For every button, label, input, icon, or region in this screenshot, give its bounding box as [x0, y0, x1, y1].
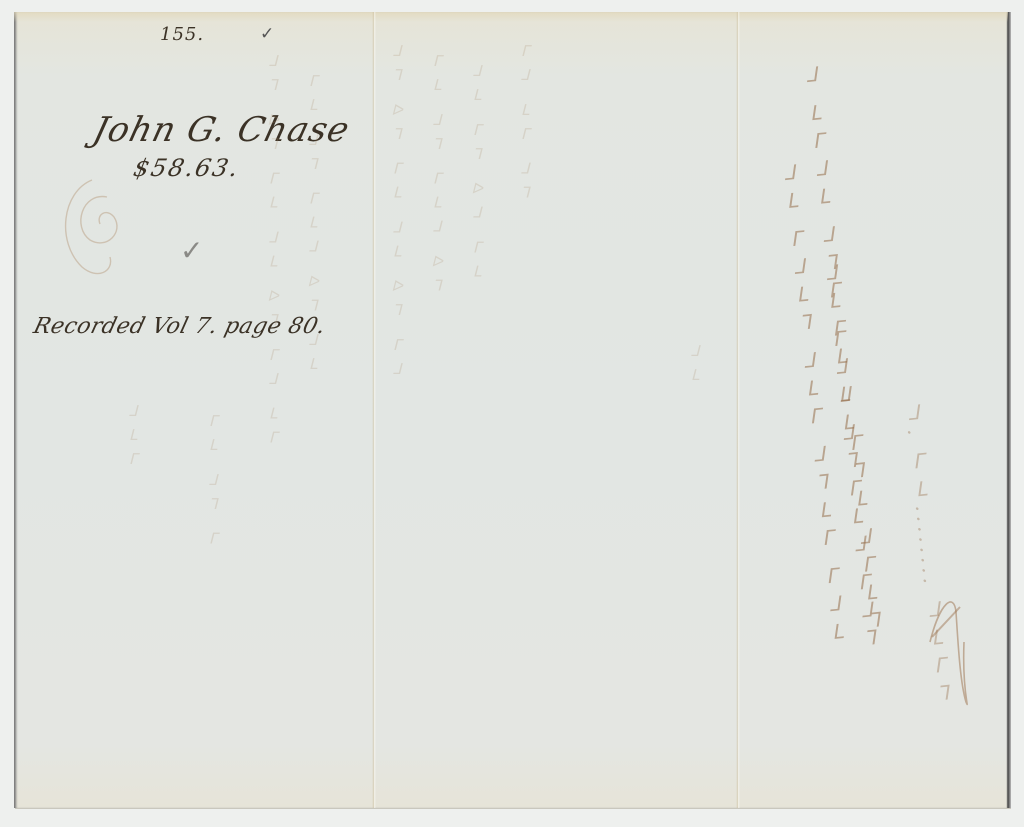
signature-flourish-icon: [920, 582, 980, 722]
docket-number: 155.: [160, 24, 204, 45]
paper-right-edge-shadow: [1008, 12, 1011, 808]
bleed-through-text: ᒥᒧ ᒪᒥ ᒧᒣ: [516, 42, 534, 682]
ink-flourish-icon: [52, 172, 132, 282]
payment-amount: $58.63.: [131, 154, 243, 182]
document-sheet: 155. ✓ John G. Chase $58.63. ✓ Recorded …: [14, 12, 1010, 808]
middle-panel: ᒧᒣ ᐅᒣ ᒥᒪ ᒧᒪ ᐅᒣ ᒥᒧ ᒥᒪ ᒧᒣ ᒥᒪᒧ ᐅᒣ ᒧᒪ ᒥᒣ ᐅᒧ …: [376, 12, 738, 808]
scan-background: 155. ✓ John G. Chase $58.63. ✓ Recorded …: [0, 0, 1024, 827]
bleed-through-text: ᒥᒪ ᒧᒣ ᒥᒪᒧ ᐅᒣ ᒧᒪ: [304, 72, 322, 772]
bleed-through-text: ᒥᒪ ᒧᒣ ᒥᒪᒧ ᐅᒣ: [428, 52, 446, 792]
bleed-through-text: ᒥᒪ ᒧᒣ ᒥ: [204, 412, 222, 712]
check-mark-icon: ✓: [260, 24, 274, 44]
bleed-through-text: ᒧᒪᒥ: [124, 402, 142, 562]
bleed-through-text: ᒧᒣ ᐅᒣ ᒥᒪ ᒧᒪ ᐅᒣ ᒥᒧ ᒪᒥ: [264, 52, 282, 752]
bleed-through-text: ᒧᒣ ᐅᒣ ᒥᒪ ᒧᒪ ᐅᒣ ᒥᒧ: [388, 42, 406, 782]
right-panel: ᒧ ᒪᒥᒧᒪ ᒧᒣᒥ ᒥᒪ ᒧᒪ ᒧᒪ ᒥᒧᒪᒣ ᒧᒪᒥ ᒧᒣᒪᒥ ᒥᒧᒪ ᒧᒪ…: [740, 12, 1008, 808]
check-mark-icon: ✓: [180, 234, 203, 267]
left-panel: 155. ✓ John G. Chase $58.63. ✓ Recorded …: [14, 12, 374, 808]
recorded-volume-note: Recorded Vol 7. page 80.: [31, 314, 328, 339]
bleed-through-text: ᒧᒪ: [686, 342, 704, 582]
bleed-through-text: ᒧᒪ ᒥᒣ ᐅᒧ ᒥᒪ: [468, 62, 486, 762]
